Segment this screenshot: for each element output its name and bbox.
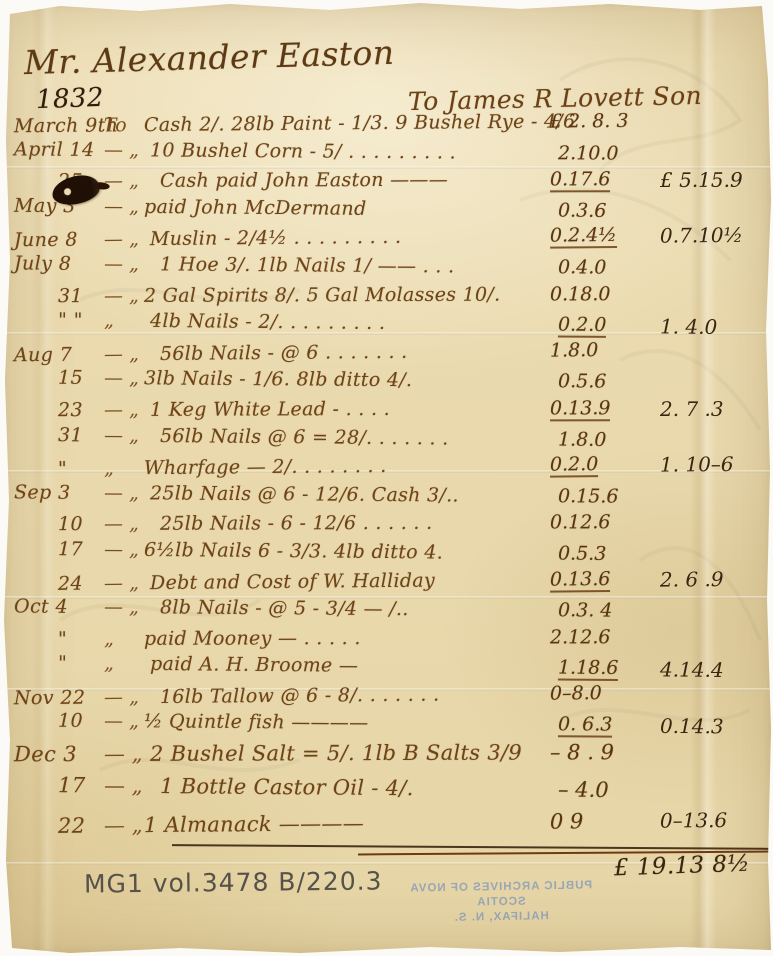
paper-sheet: Mr. Alexander Easton 1832 To James R Lov… <box>0 0 773 956</box>
entry-description: paid A. H. Broome — <box>150 653 358 677</box>
ditto-mark: — „ <box>104 482 139 504</box>
entry-date: 24 <box>58 572 83 594</box>
entry-date: July 8 <box>14 252 71 274</box>
ledger-row: Sep 3— „25lb Nails @ 6 - 12/6. Cash 3/..… <box>0 481 773 515</box>
entry-description: 25lb Nails @ 6 - 12/6. Cash 3/.. <box>150 482 459 506</box>
entry-description: 2 Bushel Salt = 5/. 1lb B Salts 3/9 <box>150 741 522 766</box>
archive-stamp: PUBLIC ARCHIVES OF NOVA SCOTIA HALIFAX, … <box>392 878 611 927</box>
entry-date: 22 <box>58 814 86 838</box>
entry-amount: 0–8.0 <box>550 682 602 704</box>
entry-date: " <box>58 458 67 480</box>
entry-subtotal: 0.7.10½ <box>660 223 743 248</box>
ledger-row: 22— „1 Almanack ————0 90–13.6 <box>0 808 773 850</box>
entry-amount: – 4.0 <box>558 778 609 802</box>
entry-amount: 0.2.0 <box>550 453 599 477</box>
ledger-row: July 8— „1 Hoe 3/. 1lb Nails 1/ —— . . .… <box>0 252 773 286</box>
entry-amount: 1.8.0 <box>558 428 607 450</box>
ditto-mark: — „ <box>104 139 139 161</box>
ledger-entries: March 9thToCash 2/. 28lb Paint - 1/3. 9 … <box>0 112 773 846</box>
ditto-mark: — „ <box>104 253 139 275</box>
entry-description: Wharfage — 2/. . . . . . . . <box>144 455 387 479</box>
entry-description: 10 Bushel Corn - 5/ . . . . . . . . . <box>150 139 456 163</box>
entry-amount: 0.18.0 <box>550 283 611 305</box>
entry-subtotal: £ 5.15.9 <box>660 168 743 192</box>
entry-amount: 2.10.0 <box>558 142 619 164</box>
entry-date: 31 <box>58 285 83 307</box>
addressee-name: Mr. Alexander Easton <box>24 33 395 82</box>
entry-subtotal: 0–13.6 <box>660 808 727 833</box>
ditto-mark: „ <box>104 310 114 332</box>
entry-subtotal: 2. 7 .3 <box>660 397 724 421</box>
ditto-mark: To <box>104 114 127 136</box>
ledger-row: 15— „3lb Nails - 1/6. 8lb ditto 4/.0.5.6 <box>0 367 773 401</box>
entry-date: " <box>58 652 67 674</box>
entry-amount: – 8 . 9 <box>550 740 614 764</box>
entry-date: 15 <box>58 367 83 389</box>
ditto-mark: — „ <box>104 367 139 389</box>
entry-subtotal: 0.14.3 <box>660 714 724 738</box>
ledger-row: 23— „1 Keg White Lead - . . . .0.13.92. … <box>0 397 773 428</box>
entry-amount: 0.5.6 <box>558 371 607 393</box>
entry-description: 25lb Nails - 6 - 12/6 . . . . . . <box>160 512 433 535</box>
ledger-row: Dec 3— „2 Bushel Salt = 5/. 1lb B Salts … <box>0 740 773 778</box>
entry-subtotal: 1. 4.0 <box>660 315 717 339</box>
entry-subtotal: 4.14.4 <box>660 658 724 683</box>
entry-subtotal: 2. 6 .9 <box>660 567 724 592</box>
ditto-mark: — „ <box>104 195 139 217</box>
ditto-mark: — „ <box>104 424 139 446</box>
ditto-mark: — „ <box>104 774 143 798</box>
entry-description: 1 Hoe 3/. 1lb Nails 1/ —— . . . <box>160 253 454 277</box>
entry-date: June 8 <box>14 229 78 252</box>
ditto-mark: „ <box>104 628 114 650</box>
ledger-row: Oct 4— „8lb Nails - @ 5 - 3/4 — /..0.3. … <box>0 595 773 629</box>
entry-description: 6½lb Nails 6 - 3/3. 4lb ditto 4. <box>144 539 443 564</box>
entry-description: 1 Keg White Lead - . . . . <box>150 398 390 421</box>
entry-date: 17 <box>58 538 83 560</box>
entry-description: 8lb Nails - @ 5 - 3/4 — /.. <box>160 597 409 621</box>
entry-date: Dec 3 <box>14 742 77 766</box>
ditto-mark: — „ <box>104 343 139 365</box>
entry-date: Aug 7 <box>14 343 72 366</box>
ledger-row: 10— „25lb Nails - 6 - 12/6 . . . . . .0.… <box>0 511 773 542</box>
ditto-mark: „ <box>104 458 114 480</box>
entry-amount: 1.8.0 <box>550 339 599 361</box>
entry-description: paid Mooney — . . . . . <box>144 627 361 650</box>
entry-amount: 0.3.6 <box>558 199 607 221</box>
entry-description: 2 Gal Spirits 8/. 5 Gal Molasses 10/. <box>144 283 501 306</box>
entry-description: 1 Almanack ———— <box>144 811 364 837</box>
scanned-ledger-document: Mr. Alexander Easton 1832 To James R Lov… <box>0 0 773 956</box>
entry-date: 23 <box>58 399 83 421</box>
ditto-mark: — „ <box>104 813 143 837</box>
entry-description: 16lb Tallow @ 6 - 8/. . . . . . . <box>160 683 440 707</box>
ditto-mark: — „ <box>104 572 139 594</box>
entry-amount: 0.15.6 <box>558 485 619 507</box>
entry-description: Muslin - 2/4½ . . . . . . . . . <box>150 226 402 250</box>
entry-amount: 0.2.4½ <box>550 224 617 249</box>
archive-reference: MG1 vol.3478 B/220.3 <box>84 866 383 898</box>
ledger-row: 10— „½ Quintle fish ————0. 6.30.14.3 <box>0 710 773 744</box>
entry-amount: 0 9 <box>550 809 584 833</box>
entry-amount: 0.5.3 <box>558 542 607 564</box>
entry-description: 4lb Nails - 2/. . . . . . . . . <box>150 310 385 334</box>
entry-date: Sep 3 <box>14 481 71 503</box>
ditto-mark: — „ <box>104 170 139 192</box>
entry-subtotal: 1. 10–6 <box>660 452 734 477</box>
entry-description: Cash paid John Easton ——— <box>160 169 448 192</box>
entry-amount: 0.2.0 <box>558 314 607 338</box>
entry-amount: 2.12.6 <box>550 626 611 648</box>
entry-date: 10 <box>58 513 83 535</box>
entry-description: paid John McDermand <box>144 196 367 220</box>
entry-description: 3lb Nails - 1/6. 8lb ditto 4/. <box>144 368 412 392</box>
ditto-mark: — „ <box>104 538 139 560</box>
entry-description: Debt and Cost of W. Halliday <box>150 569 435 593</box>
entry-amount: 0. 6.3 <box>558 714 613 738</box>
entry-date: Nov 22 <box>14 687 86 710</box>
entry-description: ½ Quintle fish ———— <box>144 711 369 735</box>
entry-date: April 14 <box>14 138 95 161</box>
stamp-line: PUBLIC ARCHIVES OF NOVA SCOTIA <box>392 878 610 912</box>
ditto-mark: — „ <box>104 742 143 766</box>
ditto-mark: — „ <box>104 284 139 306</box>
entry-amount: 0.12.6 <box>550 512 611 534</box>
entry-description: 56lb Nails - @ 6 . . . . . . . <box>160 341 408 365</box>
entry-date: 10 <box>58 710 83 732</box>
ledger-year: 1832 <box>35 83 104 115</box>
entry-description: 1 Bottle Castor Oil - 4/. <box>160 774 414 800</box>
ditto-mark: „ <box>104 653 114 675</box>
entry-date: 31 <box>58 424 83 446</box>
entry-date: " " <box>58 309 83 331</box>
entry-amount: 0.3. 4 <box>558 599 613 621</box>
stamp-line: HALIFAX, N. S. <box>392 908 610 927</box>
ditto-mark: — „ <box>104 229 139 251</box>
entry-amount: 0.13.6 <box>550 568 611 593</box>
ditto-mark: — „ <box>104 596 139 618</box>
ditto-mark: — „ <box>104 710 139 732</box>
entry-date: March 9th <box>14 114 119 137</box>
ledger-row: 25— „Cash paid John Easton ———0.17.6£ 5.… <box>0 168 773 199</box>
entry-description: 56lb Nails @ 6 = 28/. . . . . . . <box>160 425 449 450</box>
entry-amount: 0.4.0 <box>558 256 607 278</box>
entry-amount: 1.18.6 <box>558 657 619 682</box>
entry-amount: £ 2. 8. 3 <box>550 110 629 133</box>
ditto-mark: — „ <box>104 513 139 535</box>
entry-date: Oct 4 <box>14 595 68 617</box>
final-total: £ 19.13 8½ <box>614 851 751 882</box>
entry-date: " <box>58 628 67 650</box>
entry-date: 17 <box>58 773 86 797</box>
ditto-mark: — „ <box>104 399 139 421</box>
ditto-mark: — „ <box>104 686 139 708</box>
entry-description: Cash 2/. 28lb Paint - 1/3. 9 Bushel Rye … <box>144 110 576 136</box>
entry-amount: 0.17.6 <box>550 168 611 192</box>
entry-amount: 0.13.9 <box>550 397 611 421</box>
ledger-row: April 14— „10 Bushel Corn - 5/ . . . . .… <box>0 138 773 172</box>
